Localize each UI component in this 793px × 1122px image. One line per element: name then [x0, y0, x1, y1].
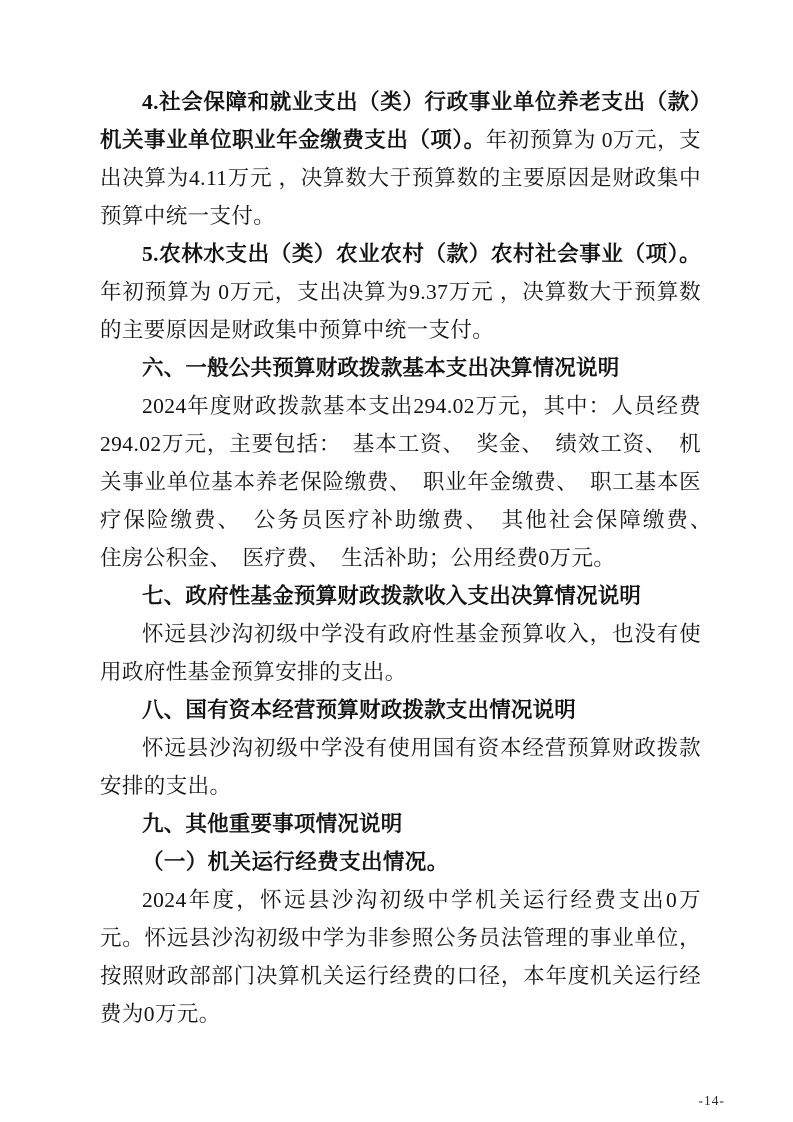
- page-number: -14-: [699, 1093, 726, 1109]
- heading-section-7-segment-0: 七、政府性基金预算财政拨款收入支出决算情况说明: [142, 584, 641, 608]
- para-item-5: 5.农林水支出（类）农业农村（款）农村社会事业（项）。年初预算为 0万元，支出决…: [100, 235, 701, 349]
- para-section-9-1-segment-0: 2024年度，怀远县沙沟初级中学机关运行经费支出0万元。怀远县沙沟初级中学为非参…: [100, 888, 701, 1026]
- heading-section-6-segment-0: 六、一般公共预算财政拨款基本支出决算情况说明: [142, 356, 619, 380]
- heading-section-9-1-segment-0: （一）机关运行经费支出情况。: [142, 850, 449, 874]
- heading-section-9-1: （一）机关运行经费支出情况。: [100, 843, 701, 881]
- para-section-9-1: 2024年度，怀远县沙沟初级中学机关运行经费支出0万元。怀远县沙沟初级中学为非参…: [100, 881, 701, 1033]
- para-item-4: 4.社会保障和就业支出（类）行政事业单位养老支出（款）机关事业单位职业年金缴费支…: [100, 83, 701, 235]
- heading-section-8-segment-0: 八、国有资本经营预算财政拨款支出情况说明: [142, 698, 576, 722]
- heading-section-9: 九、其他重要事项情况说明: [100, 805, 701, 843]
- para-section-6-segment-0: 2024年度财政拨款基本支出294.02万元，其中：人员经费294.02万元，主…: [100, 394, 723, 570]
- para-section-8-segment-0: 怀远县沙沟初级中学没有使用国有资本经营预算财政拨款安排的支出。: [100, 736, 701, 798]
- heading-section-9-segment-0: 九、其他重要事项情况说明: [142, 812, 402, 836]
- para-item-5-segment-0: 5.农林水支出（类）农业农村（款）农村社会事业（项）。: [142, 242, 701, 266]
- document-content: 4.社会保障和就业支出（类）行政事业单位养老支出（款）机关事业单位职业年金缴费支…: [100, 83, 701, 1033]
- para-section-7-segment-0: 怀远县沙沟初级中学没有政府性基金预算收入，也没有使用政府性基金预算安排的支出。: [100, 622, 701, 684]
- para-section-8: 怀远县沙沟初级中学没有使用国有资本经营预算财政拨款安排的支出。: [100, 729, 701, 805]
- heading-section-8: 八、国有资本经营预算财政拨款支出情况说明: [100, 691, 701, 729]
- para-section-7: 怀远县沙沟初级中学没有政府性基金预算收入，也没有使用政府性基金预算安排的支出。: [100, 615, 701, 691]
- para-section-6: 2024年度财政拨款基本支出294.02万元，其中：人员经费294.02万元，主…: [100, 387, 701, 577]
- document-page: 4.社会保障和就业支出（类）行政事业单位养老支出（款）机关事业单位职业年金缴费支…: [0, 0, 793, 1122]
- heading-section-6: 六、一般公共预算财政拨款基本支出决算情况说明: [100, 349, 701, 387]
- para-item-5-segment-1: 年初预算为 0万元，支出决算为9.37万元 ，决算数大于预算数的主要原因是财政集…: [100, 280, 701, 342]
- heading-section-7: 七、政府性基金预算财政拨款收入支出决算情况说明: [100, 577, 701, 615]
